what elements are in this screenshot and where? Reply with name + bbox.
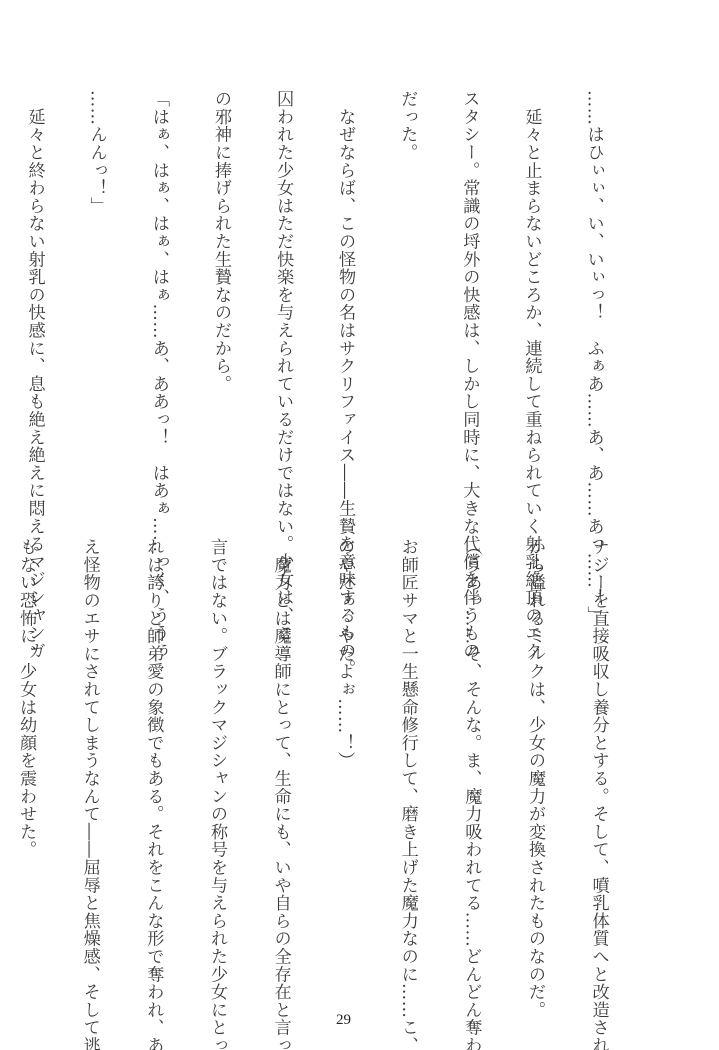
page-number: 29: [336, 1012, 351, 1029]
text-line: ナジーを直接吸収し養分とする。そして、噴乳体質へと改造された乳房: [587, 538, 608, 978]
text-line: （うあっ……そ、そんな。ま、魔力吸われてる……どんどん奪われてる！: [460, 538, 481, 978]
text-line: ……んんっ！」: [86, 90, 107, 530]
text-line: の邪神に捧げられた生贄なのだから。: [210, 90, 231, 530]
text-line: スタシー。常識の埒外の快感は、しかし同時に、大きな代償を伴うもの: [459, 90, 480, 530]
text-line: 延々と止まらないどころか、連続して重ねられていく射乳絶頂のエク: [521, 90, 542, 530]
bottom-text-block: ナジーを直接吸収し養分とする。そして、噴乳体質へと改造された乳房 から溢れるミル…: [0, 538, 651, 978]
text-line: 「はぁ、はぁ、はぁ、はぁ……あ、ああっ！ はあぁ……っく、ううぅ: [148, 90, 169, 530]
text-line: れは誇りと師弟愛の象徴でもある。それをこんな形で奪われ、あまつさ: [142, 538, 163, 978]
text-line: 囚われた少女はただ快楽を与えられているだけではない。少女は、こ: [272, 90, 293, 530]
text-line: 言ではない。ブラックマジシャンの称号を与えられた少女にとって、そ: [206, 538, 227, 978]
text-line: ……はひぃぃ、い、いぃっ！ ふぁあ……あ、あ……あっ……！」: [583, 90, 604, 530]
top-text-block: ……はひぃぃ、い、いぃっ！ ふぁあ……あ、あ……あっ……！」 延々と止まらないど…: [0, 90, 645, 530]
text-line: 延々と終わらない射乳の快感に、息も絶え絶えに悶えるマジシャンガ: [24, 90, 45, 530]
text-line: から溢れるミルクは、少女の魔力が変換されたものなのだ。: [524, 538, 545, 978]
text-line: もない恐怖に、少女は幼顔を震わせた。: [15, 538, 36, 978]
text-line: え怪物のエサにされてしまうなんて――屈辱と焦燥感、そして逃れよう: [79, 538, 100, 978]
text-line: だった。: [397, 90, 418, 530]
book-page: ……はひぃぃ、い、いぃっ！ ふぁあ……あ、あ……あっ……！」 延々と止まらないど…: [0, 0, 719, 1050]
text-line: 魔力とは魔導師にとって、生命にも、いや自らの全存在と言っても過: [269, 538, 290, 978]
text-line: なぜならば、この怪物の名はサクリファイス――生贄を意味するもの。: [334, 90, 355, 530]
text-line: お師匠サマと一生懸命修行して、磨き上げた魔力なのに……こ、こんな: [397, 538, 418, 978]
text-line: のやだぁ、やだよぉ……！）: [333, 538, 354, 978]
